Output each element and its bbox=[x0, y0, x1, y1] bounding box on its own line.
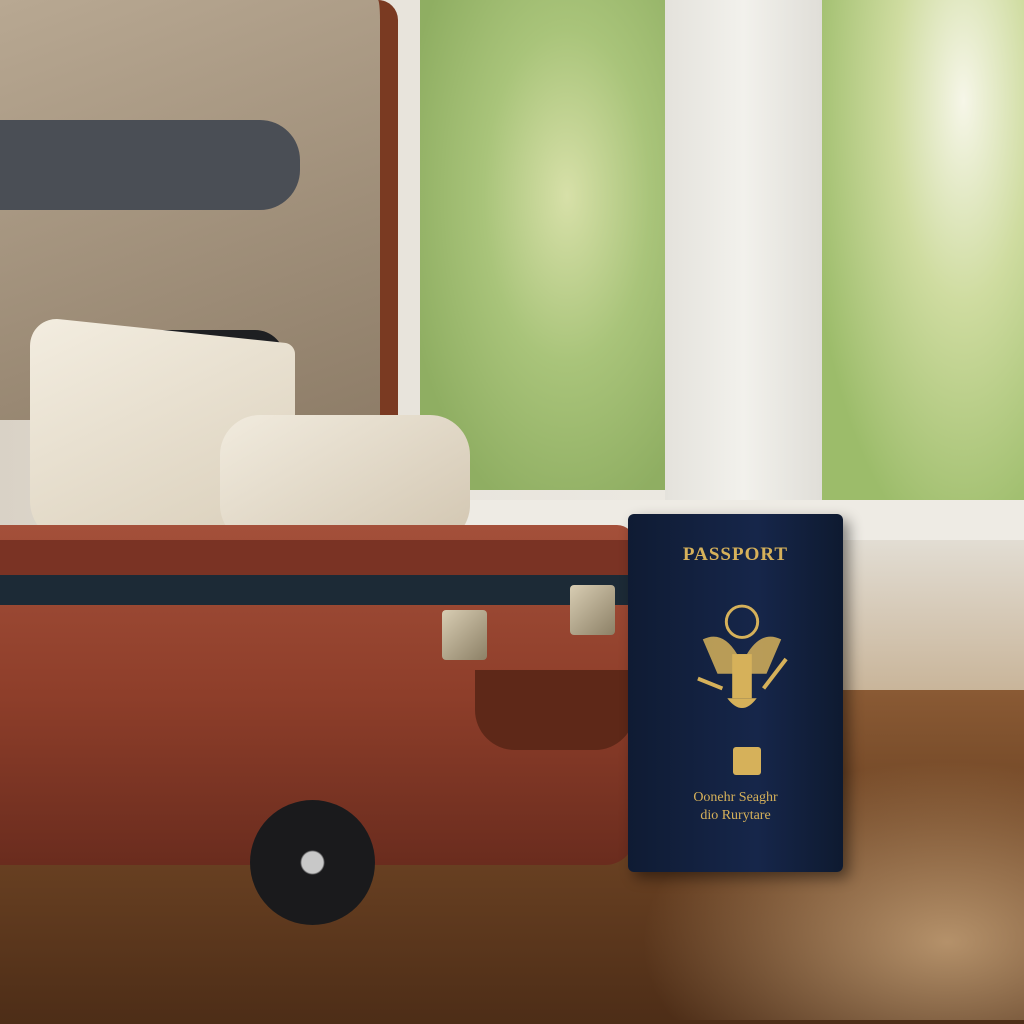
suitcase-handle bbox=[475, 670, 635, 750]
passport: PASSPORT Oonehr Seaghr dio Rurytare bbox=[628, 514, 843, 872]
passport-subtitle-1: Oonehr Seaghr bbox=[628, 790, 843, 806]
suitcase-rim bbox=[0, 540, 630, 575]
window-pane-left bbox=[420, 0, 665, 490]
window-pane-right bbox=[822, 0, 1024, 505]
passport-title: PASSPORT bbox=[628, 544, 843, 566]
window-frame bbox=[665, 0, 822, 520]
suitcase-lid-strap bbox=[0, 120, 300, 210]
chip-icon bbox=[733, 747, 761, 775]
latch-icon bbox=[570, 585, 615, 635]
latch-icon bbox=[442, 610, 487, 660]
suitcase-wheel bbox=[250, 800, 375, 925]
eagle-seal-icon bbox=[693, 599, 791, 719]
suitcase-zipper bbox=[0, 575, 630, 605]
passport-subtitle-2: dio Rurytare bbox=[628, 808, 843, 824]
photo-scene: PASSPORT Oonehr Seaghr dio Rurytare bbox=[0, 0, 1024, 1024]
